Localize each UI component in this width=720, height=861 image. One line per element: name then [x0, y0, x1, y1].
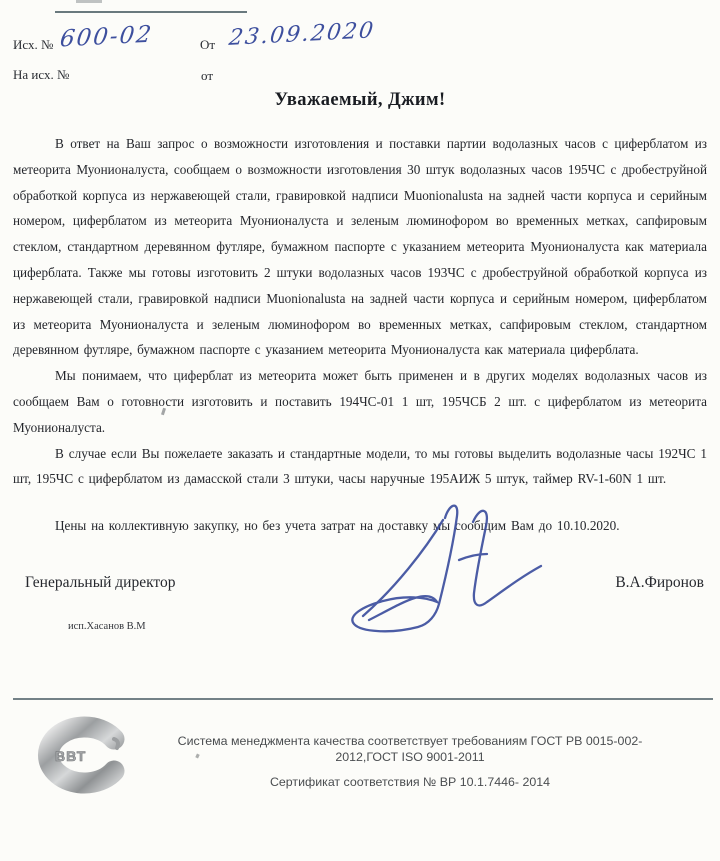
certification-text-block: Система менеджмента качества соответству… [140, 733, 680, 790]
footer-divider-line [13, 698, 713, 700]
qms-standard-line-1: Система менеджмента качества соответству… [140, 733, 680, 749]
logo-text: ВВТ [55, 748, 86, 764]
in-reply-date-label: от [201, 68, 213, 84]
letterhead-divider-line [55, 11, 247, 13]
outgoing-date-handwritten-value: 23.09.2020 [228, 18, 377, 51]
signer-name: В.А.Фиронов [615, 574, 704, 592]
paragraph-standard-models: В случае если Вы пожелаете заказать и ст… [13, 441, 707, 493]
scan-artifact [76, 0, 102, 3]
outgoing-number-handwritten-value: 600-02 [58, 21, 154, 52]
paragraph-offer-main: В ответ на Ваш запрос о возможности изго… [13, 131, 707, 363]
in-reply-number-label: На исх. № [13, 67, 69, 83]
outgoing-date-label: От [200, 37, 215, 53]
certificate-number-line: Сертификат соответствия № ВР 10.1.7446- … [140, 774, 680, 790]
outgoing-number-label: Исх. № [13, 37, 53, 53]
vvt-certification-logo: ВВТ [28, 712, 134, 798]
paragraph-other-models: Мы понимаем, что циферблат из метеорита … [13, 363, 707, 440]
signer-position-title: Генеральный директор [25, 574, 176, 592]
qms-standard-line-2: 2012,ГОСТ ISO 9001-2011 [140, 749, 680, 765]
letter-body: В ответ на Ваш запрос о возможности изго… [13, 131, 707, 539]
handwritten-signature [333, 498, 551, 656]
executor-note: исп.Хасанов В.М [68, 621, 146, 632]
scanned-letter-page: Исх. № 600-02 От 23.09.2020 На исх. № от… [0, 0, 720, 861]
salutation-title: Уважаемый, Джим! [0, 90, 720, 111]
